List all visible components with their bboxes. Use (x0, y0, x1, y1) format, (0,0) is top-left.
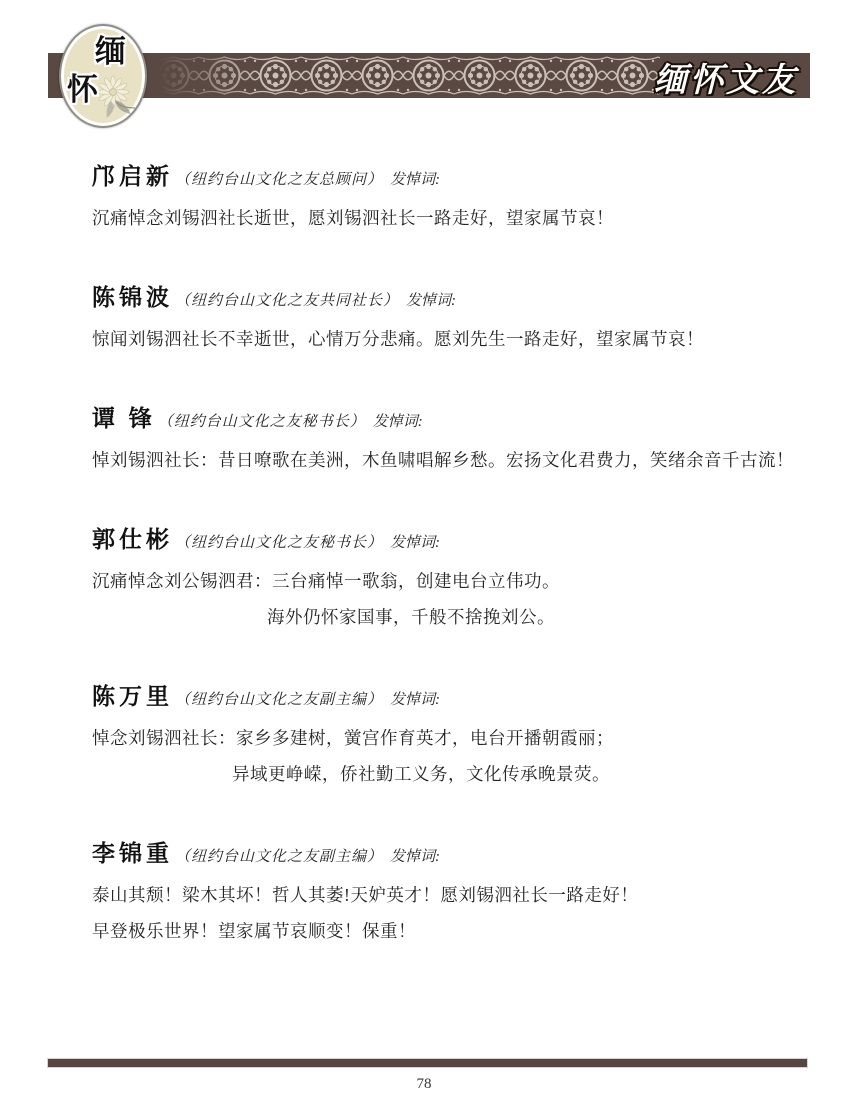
header-medallion-badge: 缅 怀 (59, 24, 147, 128)
entry-header: 郭仕彬 （纽约台山文化之友秘书长） 发悼词: (92, 521, 808, 554)
author-title: （纽约台山文化之友秘书长） (175, 531, 383, 552)
eulogy-text: 悼刘锡泗社长：昔日嘹歌在美洲，木鱼啸唱解乡愁。宏扬文化君费力，笑绪余音千古流！ (92, 442, 808, 478)
eulogy-text: 泰山其颓！梁木其坏！哲人其萎!天妒英才！愿刘锡泗社长一路走好！早登极乐世界！望家… (92, 877, 808, 949)
badge-char-huai: 怀 (67, 74, 98, 105)
author-title: （纽约台山文化之友秘书长） (158, 410, 366, 431)
footer-rule (48, 1059, 807, 1067)
eulogy-text: 沉痛悼念刘公锡泗君：三台痛悼一歌翁，创建电台立伟功。海外仍怀家国事，千般不捨挽刘… (92, 563, 808, 635)
memorial-entries-list: 邝启新 （纽约台山文化之友总顾问） 发悼词: 沉痛悼念刘锡泗社长逝世，愿刘锡泗社… (92, 158, 808, 992)
entry-header: 陈万里 （纽约台山文化之友副主编） 发悼词: (92, 678, 808, 711)
page-number: 78 (0, 1076, 848, 1093)
eulogy-line: 悼刘锡泗社长：昔日嘹歌在美洲，木鱼啸唱解乡愁。宏扬文化君费力，笑绪余音千古流！ (92, 442, 808, 478)
author-name: 郭仕彬 (92, 521, 173, 554)
author-title: （纽约台山文化之友副主编） (175, 845, 383, 866)
chrysanthemum-icon (91, 72, 143, 124)
eulogy-text: 悼念刘锡泗社长：家乡多建树，黉宫作育英才，电台开播朝霞丽；异域更峥嵘，侨社勤工义… (92, 720, 808, 792)
eulogy-line: 异域更峥嵘，侨社勤工义务，文化传承晚景荧。 (92, 756, 808, 792)
author-name: 李锦重 (92, 835, 173, 868)
eulogy-text: 沉痛悼念刘锡泗社长逝世，愿刘锡泗社长一路走好，望家属节哀！ (92, 200, 808, 236)
band-pattern-fade (148, 53, 258, 98)
eulogy-line: 早登极乐世界！望家属节哀顺变！保重！ (92, 913, 808, 949)
eulogy-label: 发悼词: (390, 168, 440, 189)
memorial-entry: 陈万里 （纽约台山文化之友副主编） 发悼词: 悼念刘锡泗社长：家乡多建树，黉宫作… (92, 678, 808, 792)
eulogy-text: 惊闻刘锡泗社长不幸逝世，心情万分悲痛。愿刘先生一路走好，望家属节哀！ (92, 321, 808, 357)
memorial-entry: 郭仕彬 （纽约台山文化之友秘书长） 发悼词: 沉痛悼念刘公锡泗君：三台痛悼一歌翁… (92, 521, 808, 635)
author-title: （纽约台山文化之友副主编） (175, 688, 383, 709)
header-band: 缅怀文友 (48, 53, 810, 98)
eulogy-line: 泰山其颓！梁木其坏！哲人其萎!天妒英才！愿刘锡泗社长一路走好！ (92, 877, 808, 913)
entry-header: 谭 锋 （纽约台山文化之友秘书长） 发悼词: (92, 400, 808, 433)
author-name: 谭 锋 (92, 400, 156, 433)
author-name: 陈万里 (92, 678, 173, 711)
memorial-entry: 谭 锋 （纽约台山文化之友秘书长） 发悼词: 悼刘锡泗社长：昔日嘹歌在美洲，木鱼… (92, 400, 808, 478)
author-title: （纽约台山文化之友总顾问） (175, 168, 383, 189)
author-title: （纽约台山文化之友共同社长） (175, 289, 399, 310)
author-name: 陈锦波 (92, 279, 173, 312)
entry-header: 邝启新 （纽约台山文化之友总顾问） 发悼词: (92, 158, 808, 191)
entry-header: 李锦重 （纽约台山文化之友副主编） 发悼词: (92, 835, 808, 868)
page-title: 缅怀文友 (654, 54, 798, 101)
memorial-entry: 陈锦波 （纽约台山文化之友共同社长） 发悼词: 惊闻刘锡泗社长不幸逝世，心情万分… (92, 279, 808, 357)
eulogy-line: 惊闻刘锡泗社长不幸逝世，心情万分悲痛。愿刘先生一路走好，望家属节哀！ (92, 321, 808, 357)
eulogy-line: 海外仍怀家国事，千般不捨挽刘公。 (92, 599, 808, 635)
memorial-entry: 李锦重 （纽约台山文化之友副主编） 发悼词: 泰山其颓！梁木其坏！哲人其萎!天妒… (92, 835, 808, 949)
eulogy-line: 沉痛悼念刘锡泗社长逝世，愿刘锡泗社长一路走好，望家属节哀！ (92, 200, 808, 236)
memorial-entry: 邝启新 （纽约台山文化之友总顾问） 发悼词: 沉痛悼念刘锡泗社长逝世，愿刘锡泗社… (92, 158, 808, 236)
eulogy-label: 发悼词: (390, 531, 440, 552)
author-name: 邝启新 (92, 158, 173, 191)
eulogy-line: 沉痛悼念刘公锡泗君：三台痛悼一歌翁，创建电台立伟功。 (92, 563, 808, 599)
eulogy-label: 发悼词: (406, 289, 456, 310)
eulogy-label: 发悼词: (373, 410, 423, 431)
entry-header: 陈锦波 （纽约台山文化之友共同社长） 发悼词: (92, 279, 808, 312)
eulogy-label: 发悼词: (390, 845, 440, 866)
eulogy-label: 发悼词: (390, 688, 440, 709)
badge-char-mian: 缅 (95, 36, 126, 67)
eulogy-line: 悼念刘锡泗社长：家乡多建树，黉宫作育英才，电台开播朝霞丽； (92, 720, 808, 756)
